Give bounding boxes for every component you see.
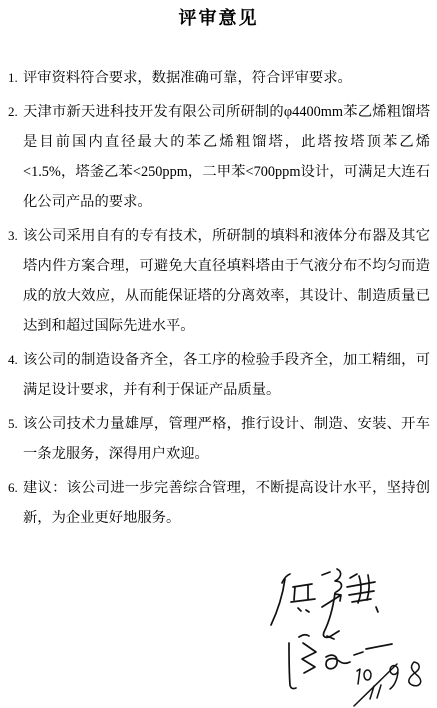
item-text: 天津市新天进科技开发有限公司所研制的φ4400mm苯乙烯粗馏塔是目前国内直径最大…: [23, 97, 430, 217]
review-item-3: 3. 该公司采用自有的专有技术，所研制的填料和液体分布器及其它塔内件方案合理，可…: [8, 221, 430, 341]
review-items-list: 1. 评审资料符合要求，数据准确可靠，符合评审要求。 2. 天津市新天进科技开发…: [0, 63, 437, 533]
item-number: 6.: [8, 473, 23, 533]
signature-date-handwriting: [354, 662, 421, 706]
review-item-6: 6. 建议：该公司进一步完善综合管理，不断提高设计水平，坚持创新，为企业更好地服…: [8, 473, 430, 533]
item-text: 评审资料符合要求，数据准确可靠，符合评审要求。: [23, 63, 430, 93]
item-number: 4.: [8, 345, 23, 405]
item-number: 1.: [8, 63, 23, 93]
item-text: 该公司采用自有的专有技术，所研制的填料和液体分布器及其它塔内件方案合理，可避免大…: [23, 221, 430, 341]
review-item-2: 2. 天津市新天进科技开发有限公司所研制的φ4400mm苯乙烯粗馏塔是目前国内直…: [8, 97, 430, 217]
item-number: 3.: [8, 221, 23, 341]
item-text: 该公司的制造设备齐全，各工序的检验手段齐全，加工精细，可满足设计要求，并有利于保…: [23, 345, 430, 405]
review-document-page: 评审意见 1. 评审资料符合要求，数据准确可靠，符合评审要求。 2. 天津市新天…: [0, 0, 437, 708]
review-item-1: 1. 评审资料符合要求，数据准确可靠，符合评审要求。: [8, 63, 430, 93]
review-item-4: 4. 该公司的制造设备齐全，各工序的检验手段齐全，加工精细，可满足设计要求，并有…: [8, 345, 430, 405]
item-number: 2.: [8, 97, 23, 217]
handwritten-signatures-image: [238, 556, 437, 708]
document-title: 评审意见: [0, 0, 437, 29]
item-text: 建议：该公司进一步完善综合管理，不断提高设计水平，坚持创新，为企业更好地服务。: [23, 473, 430, 533]
signature-block: [238, 556, 437, 708]
review-item-5: 5. 该公司技术力量雄厚，管理严格，推行设计、制造、安装、开车一条龙服务，深得用…: [8, 409, 430, 469]
item-text: 该公司技术力量雄厚，管理严格，推行设计、制造、安装、开车一条龙服务，深得用户欢迎…: [23, 409, 430, 469]
handwritten-signature-1: [271, 569, 378, 637]
item-number: 5.: [8, 409, 23, 469]
handwritten-signature-2: [289, 635, 392, 689]
